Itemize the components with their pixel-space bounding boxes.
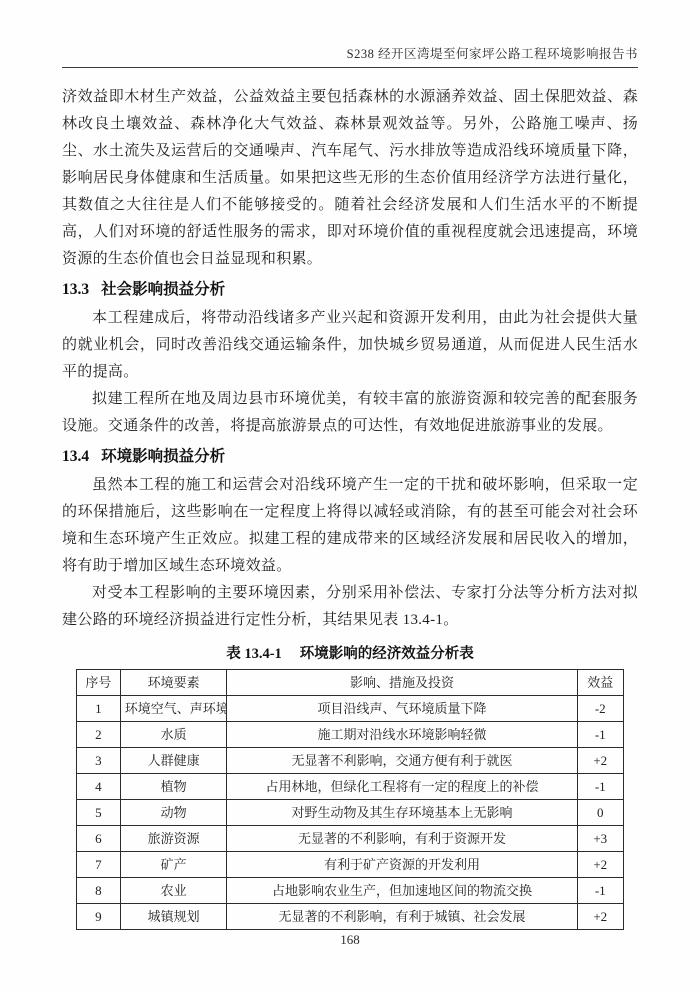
- table-row: 6旅游资源无显著的不利影响，有利于资源开发+3: [77, 826, 624, 852]
- paragraph: 拟建工程所在地及周边县市环境优美，有较丰富的旅游资源和较完善的配套服务设施。交通…: [62, 386, 638, 440]
- table-body: 1环境空气、声环境项目沿线声、气环境质量下降-22水质施工期对沿线水环境影响轻微…: [77, 696, 624, 930]
- table-cell: 水质: [120, 722, 227, 748]
- table-cell: 占用林地，但绿化工程将有一定的程度上的补偿: [227, 774, 577, 800]
- table-cell: 4: [77, 774, 121, 800]
- paragraph: 对受本工程影响的主要环境因素，分别采用补偿法、专家打分法等分析方法对拟建公路的环…: [62, 580, 638, 634]
- table-cell: 2: [77, 722, 121, 748]
- table-row: 8农业占地影响农业生产，但加速地区间的物流交换-1: [77, 878, 624, 904]
- table-header-cell: 环境要素: [120, 670, 227, 696]
- table-cell: 占地影响农业生产，但加速地区间的物流交换: [227, 878, 577, 904]
- table-row: 1环境空气、声环境项目沿线声、气环境质量下降-2: [77, 696, 624, 722]
- table-cell: +3: [577, 826, 624, 852]
- table-cell: +2: [577, 904, 624, 930]
- table-cell: 人群健康: [120, 748, 227, 774]
- section-number: 13.4: [62, 448, 89, 465]
- paragraph: 虽然本工程的施工和运营会对沿线环境产生一定的干扰和破坏影响，但采取一定的环保措施…: [62, 472, 638, 580]
- report-title: S238 经开区湾堤至何家坪公路工程环境影响报告书: [347, 47, 638, 61]
- section-heading-13-3: 13.3社会影响损益分析: [62, 277, 638, 303]
- table-cell: 8: [77, 878, 121, 904]
- table-cell: 对野生动物及其生存环境基本上无影响: [227, 800, 577, 826]
- document-page: S238 经开区湾堤至何家坪公路工程环境影响报告书 济效益即木材生产效益，公益效…: [0, 0, 700, 990]
- page-number: 168: [340, 932, 360, 947]
- table-row: 3人群健康无显著不利影响，交通方便有利于就医+2: [77, 748, 624, 774]
- table-cell: 城镇规划: [120, 904, 227, 930]
- table-cell: 施工期对沿线水环境影响轻微: [227, 722, 577, 748]
- table-cell: +2: [577, 852, 624, 878]
- table-header-cell: 效益: [577, 670, 624, 696]
- page-content: 济效益即木材生产效益，公益效益主要包括森林的水源涵养效益、固土保肥效益、森林改良…: [62, 84, 638, 930]
- table-header-cell: 影响、措施及投资: [227, 670, 577, 696]
- table-caption-label: 表 13.4-1: [226, 646, 282, 662]
- table-row: 5动物对野生动物及其生存环境基本上无影响0: [77, 800, 624, 826]
- table-row: 9城镇规划无显著的不利影响，有利于城镇、社会发展+2: [77, 904, 624, 930]
- table-cell: 9: [77, 904, 121, 930]
- section-number: 13.3: [62, 281, 89, 298]
- table-cell: 旅游资源: [120, 826, 227, 852]
- table-row: 2水质施工期对沿线水环境影响轻微-1: [77, 722, 624, 748]
- table-header-cell: 序号: [77, 670, 121, 696]
- table-cell: -1: [577, 722, 624, 748]
- table-cell: 无显著的不利影响，有利于城镇、社会发展: [227, 904, 577, 930]
- table-cell: 动物: [120, 800, 227, 826]
- table-cell: 无显著不利影响，交通方便有利于就医: [227, 748, 577, 774]
- table-cell: 3: [77, 748, 121, 774]
- table-header-row: 序号环境要素影响、措施及投资效益: [77, 670, 624, 696]
- table-cell: 无显著的不利影响，有利于资源开发: [227, 826, 577, 852]
- table-row: 4植物占用林地，但绿化工程将有一定的程度上的补偿-1: [77, 774, 624, 800]
- table-cell: 项目沿线声、气环境质量下降: [227, 696, 577, 722]
- table-cell: 有利于矿产资源的开发利用: [227, 852, 577, 878]
- table-cell: 6: [77, 826, 121, 852]
- table-caption-title: 环境影响的经济效益分析表: [300, 646, 474, 662]
- benefit-analysis-table: 序号环境要素影响、措施及投资效益 1环境空气、声环境项目沿线声、气环境质量下降-…: [76, 669, 624, 930]
- section-title: 环境影响损益分析: [101, 448, 225, 465]
- table-cell: -2: [577, 696, 624, 722]
- table-cell: 植物: [120, 774, 227, 800]
- table-cell: 1: [77, 696, 121, 722]
- table-cell: 7: [77, 852, 121, 878]
- page-footer: 168: [0, 932, 700, 948]
- table-cell: 环境空气、声环境: [120, 696, 227, 722]
- running-header: S238 经开区湾堤至何家坪公路工程环境影响报告书: [62, 44, 638, 68]
- table-caption: 表 13.4-1环境影响的经济效益分析表: [62, 642, 638, 663]
- table-cell: 农业: [120, 878, 227, 904]
- section-heading-13-4: 13.4环境影响损益分析: [62, 444, 638, 470]
- table-cell: 5: [77, 800, 121, 826]
- table-cell: +2: [577, 748, 624, 774]
- paragraph-continuation: 济效益即木材生产效益，公益效益主要包括森林的水源涵养效益、固土保肥效益、森林改良…: [62, 84, 638, 273]
- table-cell: -1: [577, 774, 624, 800]
- table-row: 7矿产有利于矿产资源的开发利用+2: [77, 852, 624, 878]
- table-cell: 0: [577, 800, 624, 826]
- table-cell: -1: [577, 878, 624, 904]
- paragraph: 本工程建成后，将带动沿线诸多产业兴起和资源开发利用，由此为社会提供大量的就业机会…: [62, 305, 638, 386]
- table-cell: 矿产: [120, 852, 227, 878]
- section-title: 社会影响损益分析: [101, 281, 225, 298]
